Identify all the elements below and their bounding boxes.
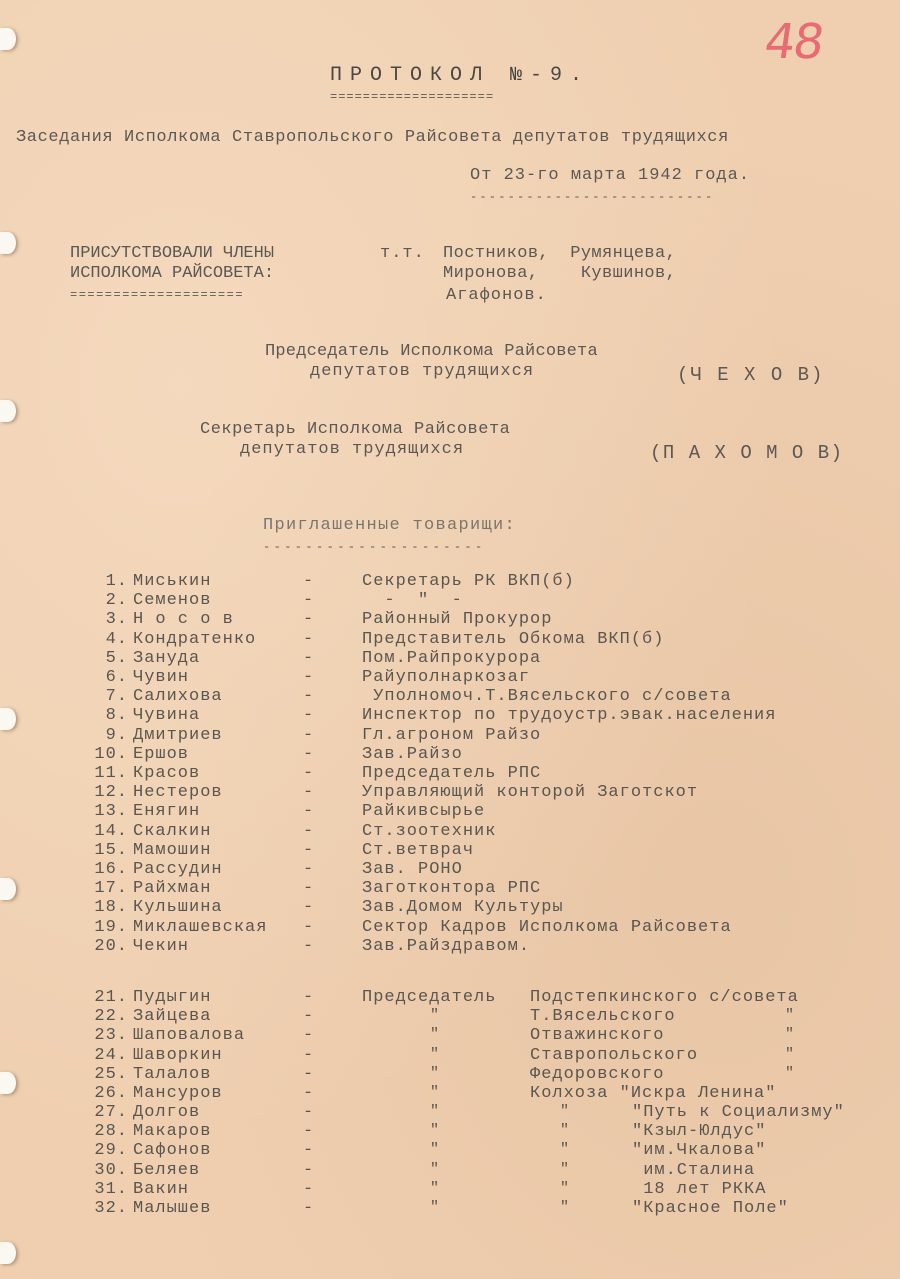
row-dash: - [303, 1141, 313, 1160]
table-row: 26.Мансуров-"Колхоза "Искра Ленина" [0, 1084, 900, 1103]
row-number: 5. [106, 649, 128, 668]
row-dash: - [303, 841, 313, 860]
ditto-mark: " [785, 1026, 794, 1043]
ditto-mark: " [560, 1103, 569, 1120]
person-name: Мамошин [133, 841, 211, 860]
row-number: 7. [106, 687, 128, 706]
person-role: Райуполнаркозаг [362, 668, 530, 687]
table-row: 4.Кондратенко-Представитель Обкома ВКП(б… [0, 630, 900, 649]
person-name: Енягин [133, 802, 200, 821]
row-number: 26. [94, 1084, 128, 1103]
row-dash: - [303, 783, 313, 802]
table-row: 8.Чувина-Инспектор по трудоустр.эвак.нас… [0, 706, 900, 725]
invited-heading-underline: --------------------- [263, 540, 486, 554]
table-row: 23.Шаповалова-"Отважинского" [0, 1026, 900, 1045]
row-dash: - [303, 879, 313, 898]
row-dash: - [303, 1084, 313, 1103]
row-number: 22. [94, 1007, 128, 1026]
table-row: 2.Семенов- - " - [0, 591, 900, 610]
person-role: Ст.зоотехник [362, 822, 496, 841]
person-name: Чекин [133, 937, 189, 956]
table-row: 11.Красов-Председатель РПС [0, 764, 900, 783]
table-row: 6.Чувин-Райуполнаркозаг [0, 668, 900, 687]
person-name: Зануда [133, 649, 200, 668]
row-number: 24. [94, 1046, 128, 1065]
table-row: 31.Вакин-"" 18 лет РККА [0, 1180, 900, 1199]
person-name: Шаворкин [133, 1046, 223, 1065]
ditto-mark: " [560, 1122, 569, 1139]
person-name: Н о с о в [133, 610, 234, 629]
row-dash: - [303, 706, 313, 725]
chairman-title-line2: депутатов трудящихся [310, 362, 534, 381]
person-role: " [430, 1084, 439, 1101]
organization: "Кзыл-Юлдус" [632, 1122, 766, 1141]
person-role: Гл.агроном Райзо [362, 726, 541, 745]
person-role: Зав. РОНО [362, 860, 463, 879]
row-number: 31. [94, 1180, 128, 1199]
row-number: 21. [94, 988, 128, 1007]
row-dash: - [303, 649, 313, 668]
person-role: Уполномоч.Т.Вясельского с/совета [362, 687, 732, 706]
person-role: Управляющий конторой Заготскот [362, 783, 698, 802]
row-dash: - [303, 1046, 313, 1065]
person-name: Мансуров [133, 1084, 223, 1103]
row-number: 28. [94, 1122, 128, 1141]
row-number: 3. [106, 610, 128, 629]
person-name: Шаповалова [133, 1026, 245, 1045]
organization: им.Сталина [632, 1161, 755, 1180]
row-number: 20. [94, 937, 128, 956]
person-role: " [430, 1180, 439, 1197]
table-row: 13.Енягин-Райкивсырье [0, 802, 900, 821]
person-name: Скалкин [133, 822, 211, 841]
table-row: 27.Долгов-"""Путь к Социализму" [0, 1103, 900, 1122]
person-role: Инспектор по трудоустр.эвак.населения [362, 706, 776, 725]
row-dash: - [303, 687, 313, 706]
archive-page-number: 48 [761, 14, 826, 70]
invited-heading: Приглашенные товарищи: [263, 516, 516, 535]
row-number: 10. [94, 745, 128, 764]
row-dash: - [303, 937, 313, 956]
person-name: Дмитриев [133, 726, 223, 745]
person-name: Макаров [133, 1122, 211, 1141]
row-number: 4. [106, 630, 128, 649]
row-number: 15. [94, 841, 128, 860]
table-row: 22.Зайцева-"Т.Вясельского" [0, 1007, 900, 1026]
punch-hole [0, 28, 16, 50]
secretary-name: (П А Х О М О В) [650, 442, 844, 464]
table-row: 21.Пудыгин-ПредседательПодстепкинского с… [0, 988, 900, 1007]
organization: "им.Чкалова" [632, 1141, 766, 1160]
organization: Ставропольского [530, 1046, 698, 1065]
ditto-mark: " [785, 1007, 794, 1024]
meeting-date: От 23-го марта 1942 года. [470, 166, 750, 185]
person-role: Зав.Райздравом. [362, 937, 530, 956]
table-row: 28.Макаров-"""Кзыл-Юлдус" [0, 1122, 900, 1141]
person-name: Вакин [133, 1180, 189, 1199]
row-dash: - [303, 1122, 313, 1141]
person-role: Зав.Райзо [362, 745, 463, 764]
person-name: Райхман [133, 879, 211, 898]
table-row: 30.Беляев-"" им.Сталина [0, 1161, 900, 1180]
row-number: 12. [94, 783, 128, 802]
ditto-mark: " [560, 1180, 569, 1197]
row-number: 2. [106, 591, 128, 610]
row-dash: - [303, 918, 313, 937]
table-row: 16.Рассудин-Зав. РОНО [0, 860, 900, 879]
present-label-underline: ==================== [70, 288, 244, 302]
person-name: Кондратенко [133, 630, 256, 649]
row-dash: - [303, 745, 313, 764]
present-names-line3: Агафонов. [446, 286, 547, 305]
person-role: " [430, 1026, 439, 1043]
row-number: 16. [94, 860, 128, 879]
row-number: 23. [94, 1026, 128, 1045]
row-dash: - [303, 630, 313, 649]
person-name: Долгов [133, 1103, 200, 1122]
row-number: 8. [106, 706, 128, 725]
present-label-line2: ИСПОЛКОМА РАЙСОВЕТА: [70, 264, 274, 283]
row-number: 14. [94, 822, 128, 841]
row-dash: - [303, 822, 313, 841]
row-number: 13. [94, 802, 128, 821]
organization: "Красное Поле" [632, 1199, 789, 1218]
document-subtitle: Заседания Исполкома Ставропольского Райс… [16, 128, 729, 147]
title-underline: ==================== [330, 90, 494, 104]
chairman-name: (Ч Е Х О В) [677, 364, 824, 386]
ditto-mark: " [560, 1141, 569, 1158]
table-row: 15.Мамошин-Ст.ветврач [0, 841, 900, 860]
ditto-mark: " [560, 1161, 569, 1178]
person-role: Районный Прокурор [362, 610, 552, 629]
person-role: Председатель [362, 988, 496, 1007]
present-names-line1: Постников, Румянцева, [443, 244, 676, 263]
secretary-title-line1: Секретарь Исполкома Райсовета [200, 420, 510, 439]
person-role: " [430, 1065, 439, 1082]
person-name: Семенов [133, 591, 211, 610]
organization: "Путь к Социализму" [632, 1103, 845, 1122]
punch-hole [0, 1242, 16, 1264]
row-number: 11. [94, 764, 128, 783]
person-role: " [430, 1046, 439, 1063]
present-label-line1: ПРИСУТСТВОВАЛИ ЧЛЕНЫ [70, 244, 274, 263]
present-prefix: т.т. [380, 244, 425, 263]
person-name: Миклашевская [133, 918, 267, 937]
person-name: Зайцева [133, 1007, 211, 1026]
person-name: Нестеров [133, 783, 223, 802]
secretary-title-line2: депутатов трудящихся [240, 440, 464, 459]
table-row: 9.Дмитриев-Гл.агроном Райзо [0, 726, 900, 745]
row-dash: - [303, 1199, 313, 1218]
organization: Т.Вясельского [530, 1007, 676, 1026]
row-dash: - [303, 802, 313, 821]
row-number: 18. [94, 898, 128, 917]
row-dash: - [303, 1161, 313, 1180]
row-dash: - [303, 591, 313, 610]
row-dash: - [303, 898, 313, 917]
table-row: 32.Малышев-"""Красное Поле" [0, 1199, 900, 1218]
row-dash: - [303, 860, 313, 879]
organization: Отважинского [530, 1026, 664, 1045]
person-role: Председатель РПС [362, 764, 541, 783]
ditto-mark: " [560, 1199, 569, 1216]
table-row: 3.Н о с о в-Районный Прокурор [0, 610, 900, 629]
row-number: 19. [94, 918, 128, 937]
table-row: 5.Зануда-Пом.Райпрокурора [0, 649, 900, 668]
row-dash: - [303, 1026, 313, 1045]
table-row: 29.Сафонов-"""им.Чкалова" [0, 1141, 900, 1160]
person-role: Сектор Кадров Исполкома Райсовета [362, 918, 732, 937]
person-role: Секретарь РК ВКП(б) [362, 572, 575, 591]
person-name: Малышев [133, 1199, 211, 1218]
document-title: ПРОТОКОЛ №-9. [330, 64, 590, 87]
table-row: 25.Талалов-"Федоровского" [0, 1065, 900, 1084]
row-dash: - [303, 1180, 313, 1199]
person-role: Заготконтора РПС [362, 879, 541, 898]
row-dash: - [303, 726, 313, 745]
person-name: Салихова [133, 687, 223, 706]
row-number: 9. [106, 726, 128, 745]
table-row: 24.Шаворкин-"Ставропольского" [0, 1046, 900, 1065]
row-number: 30. [94, 1161, 128, 1180]
row-dash: - [303, 1103, 313, 1122]
person-name: Рассудин [133, 860, 223, 879]
person-role: Райкивсырье [362, 802, 485, 821]
row-number: 1. [106, 572, 128, 591]
row-dash: - [303, 610, 313, 629]
person-name: Чувина [133, 706, 200, 725]
table-row: 20.Чекин-Зав.Райздравом. [0, 937, 900, 956]
person-role: Представитель Обкома ВКП(б) [362, 630, 664, 649]
person-name: Красов [133, 764, 200, 783]
person-role: Ст.ветврач [362, 841, 474, 860]
table-row: 10.Ершов-Зав.Райзо [0, 745, 900, 764]
table-row: 1.Миськин-Секретарь РК ВКП(б) [0, 572, 900, 591]
table-row: 14.Скалкин-Ст.зоотехник [0, 822, 900, 841]
table-row: 18.Кульшина-Зав.Домом Культуры [0, 898, 900, 917]
date-underline: -------------------------- [470, 190, 714, 204]
row-dash: - [303, 1007, 313, 1026]
ditto-mark: " [785, 1046, 794, 1063]
row-number: 25. [94, 1065, 128, 1084]
row-number: 32. [94, 1199, 128, 1218]
person-name: Чувин [133, 668, 189, 687]
table-row: 19.Миклашевская-Сектор Кадров Исполкома … [0, 918, 900, 937]
person-role: Пом.Райпрокурора [362, 649, 541, 668]
person-name: Сафонов [133, 1141, 211, 1160]
person-name: Талалов [133, 1065, 211, 1084]
organization: Федоровского [530, 1065, 664, 1084]
person-name: Беляев [133, 1161, 200, 1180]
organization: Колхоза "Искра Ленина" [530, 1084, 776, 1103]
punch-hole [0, 232, 16, 254]
person-role: " [430, 1007, 439, 1024]
table-row: 17.Райхман-Заготконтора РПС [0, 879, 900, 898]
person-role: " [430, 1122, 439, 1139]
person-name: Ершов [133, 745, 189, 764]
row-dash: - [303, 764, 313, 783]
organization: Подстепкинского с/совета [530, 988, 799, 1007]
document-page: 48 ПРОТОКОЛ №-9. ==================== За… [0, 0, 900, 1279]
row-number: 6. [106, 668, 128, 687]
row-dash: - [303, 572, 313, 591]
row-dash: - [303, 1065, 313, 1084]
person-role: - " - [362, 591, 463, 610]
person-role: " [430, 1199, 439, 1216]
present-names-line2: Миронова, Кувшинов, [443, 264, 676, 283]
person-role: Зав.Домом Культуры [362, 898, 564, 917]
row-dash: - [303, 668, 313, 687]
row-number: 29. [94, 1141, 128, 1160]
row-number: 17. [94, 879, 128, 898]
person-role: " [430, 1141, 439, 1158]
person-name: Миськин [133, 572, 211, 591]
table-row: 7.Салихова- Уполномоч.Т.Вясельского с/со… [0, 687, 900, 706]
organization: 18 лет РККА [632, 1180, 766, 1199]
row-dash: - [303, 988, 313, 1007]
person-name: Кульшина [133, 898, 223, 917]
row-number: 27. [94, 1103, 128, 1122]
chairman-title-line1: Председатель Исполкома Райсовета [265, 342, 598, 361]
table-row: 12.Нестеров-Управляющий конторой Заготск… [0, 783, 900, 802]
person-role: " [430, 1161, 439, 1178]
ditto-mark: " [785, 1065, 794, 1082]
punch-hole [0, 400, 16, 422]
person-role: " [430, 1103, 439, 1120]
person-name: Пудыгин [133, 988, 211, 1007]
